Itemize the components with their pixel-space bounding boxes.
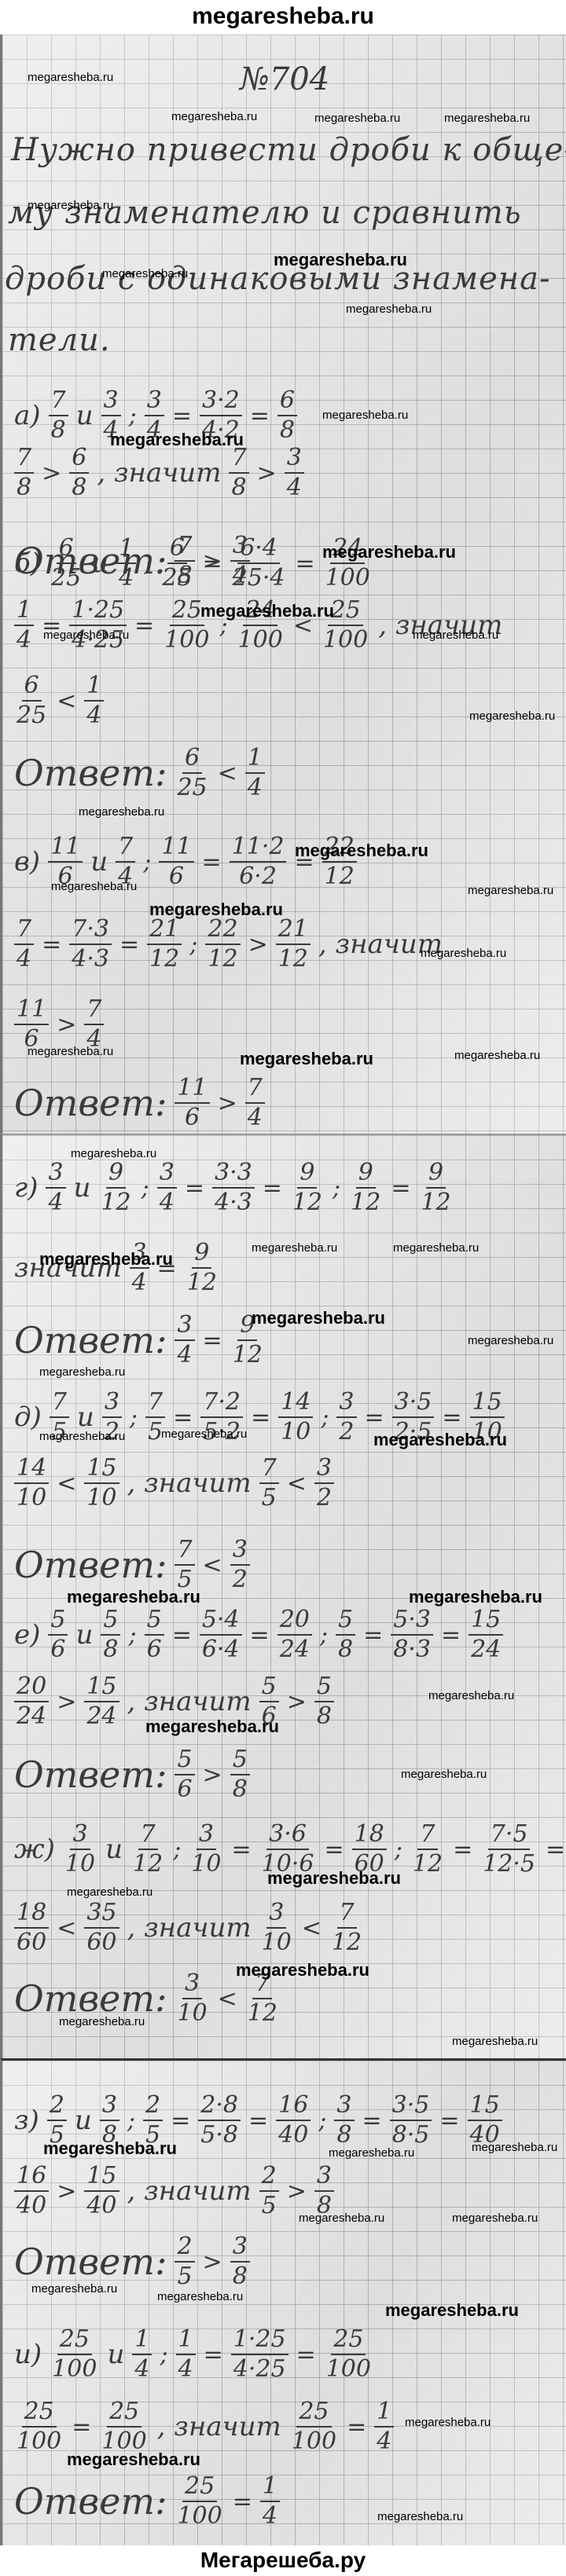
numerator: 11 (48, 835, 83, 863)
numerator: 25 (170, 599, 204, 626)
fraction: 14 (176, 2328, 196, 2381)
fraction: 625 (160, 537, 194, 590)
numerator: 25 (107, 2400, 141, 2428)
operator: = (250, 1621, 270, 1649)
solution-step: 1410<1510, значит75<32 (14, 1457, 334, 1510)
watermark-link[interactable]: megaresheba.ru (428, 1689, 514, 1702)
numerator: 3 (230, 1538, 250, 1566)
watermark-link[interactable]: megaresheba.ru (110, 430, 244, 450)
operator: < (57, 687, 76, 715)
watermark-link[interactable]: megaresheba.ru (469, 709, 555, 723)
numerator: 35 (84, 1901, 119, 1929)
fraction: 32 (314, 1457, 334, 1510)
numerator: 18 (352, 1823, 387, 1850)
denominator: 24 (84, 1702, 119, 1728)
fraction: 14 (260, 2475, 280, 2528)
fraction: 1640 (14, 2164, 49, 2218)
numerator: 14 (14, 1457, 49, 1484)
separator: ; (395, 1836, 402, 1863)
watermark-link[interactable]: megaresheba.ru (468, 884, 553, 897)
denominator: 4 (130, 1269, 149, 1295)
watermark-link[interactable]: megaresheba.ru (252, 1241, 337, 1255)
watermark-link[interactable]: megaresheba.ru (149, 900, 283, 920)
numerator: 7 (145, 1391, 165, 1418)
numerator: 5 (259, 1675, 279, 1702)
numerator: 1 (116, 537, 136, 564)
fraction: 116 (175, 1076, 209, 1130)
fraction: 25 (259, 2164, 279, 2218)
numerator: 3 (102, 1391, 122, 1418)
denominator: 4·3 (69, 945, 112, 971)
denominator: 4 (374, 2428, 394, 2453)
numerator: 1 (260, 2475, 280, 2502)
fraction: 32 (336, 1391, 356, 1444)
fraction: 625 (175, 746, 209, 800)
word-and: и (75, 2105, 92, 2136)
numerator: 1·25 (231, 2328, 289, 2355)
watermark-link[interactable]: megaresheba.ru (28, 1045, 113, 1058)
denominator: 5 (259, 2192, 279, 2218)
numerator: 9 (297, 1161, 317, 1189)
denominator: 8 (101, 1636, 120, 1662)
numerator: 6 (69, 446, 89, 474)
operator: = (363, 1621, 383, 1649)
fraction: 68 (69, 446, 89, 500)
answer-label: Ответ: (14, 1753, 167, 1796)
watermark-link[interactable]: megaresheba.ru (377, 2510, 463, 2523)
part-label: и) (14, 2339, 42, 2370)
denominator: 25 (14, 702, 49, 727)
solution-step: 1640>1540, значит25>38 (14, 2164, 334, 2218)
operator: = (347, 2413, 366, 2441)
fraction: 1·254·25 (69, 599, 127, 652)
fraction: 310 (189, 1823, 223, 1876)
watermark-link[interactable]: megaresheba.ru (252, 1308, 385, 1328)
fraction: 1·254·25 (231, 2328, 289, 2381)
watermark-link[interactable]: megaresheba.ru (444, 112, 530, 125)
denominator: 24 (469, 1636, 503, 1662)
fraction: 75 (259, 1457, 279, 1510)
fraction: 14 (84, 674, 104, 727)
numerator: 7·3 (69, 918, 112, 945)
fraction: 34 (175, 1314, 194, 1367)
denominator: 2 (314, 1484, 334, 1510)
denominator: 4 (84, 702, 104, 727)
watermark-link[interactable]: megaresheba.ru (171, 110, 257, 123)
word-and: и (77, 1402, 94, 1433)
intro-line: Нужно привести дроби к обще- (11, 132, 566, 168)
fraction: 310 (259, 1901, 294, 1955)
fraction: 32 (230, 1538, 250, 1592)
watermark-link[interactable]: megaresheba.ru (67, 1587, 200, 1607)
operator: = (185, 1174, 204, 1202)
answer-line: Ответ:34=912 (14, 1314, 265, 1367)
numerator: 3 (182, 1972, 202, 1999)
numerator: 9 (426, 1161, 446, 1189)
fraction: 1640 (276, 2094, 311, 2147)
denominator: 4·25 (231, 2355, 289, 2381)
fraction: 75 (175, 1538, 194, 1592)
fraction: 56 (48, 1608, 68, 1662)
denominator: 5·8 (198, 2121, 241, 2147)
operator: = (172, 402, 192, 430)
word-and: и (107, 2339, 124, 2370)
solution-step: 1860<3560, значит310<712 (14, 1901, 364, 1955)
numerator: 6 (277, 389, 297, 416)
fraction: 74 (84, 998, 104, 1051)
denominator: 2 (336, 1418, 356, 1444)
watermark-link[interactable]: megaresheba.ru (79, 805, 164, 819)
denominator: 4·3 (212, 1189, 255, 1215)
operator: = (365, 1404, 384, 1431)
part-label: е) (14, 1619, 40, 1651)
fraction: 3·34·3 (212, 1161, 255, 1215)
part-label: в) (14, 846, 40, 878)
watermark-link[interactable]: megaresheba.ru (267, 1868, 401, 1889)
denominator: 12 (245, 1999, 280, 2025)
denominator: 100 (321, 626, 370, 652)
watermark-link[interactable]: megaresheba.ru (401, 1768, 487, 1781)
denominator: 12 (290, 1189, 325, 1215)
numerator: 1 (84, 674, 104, 702)
numerator: 3·2 (200, 389, 242, 416)
denominator: 12 (130, 1850, 165, 1876)
denominator: 2 (230, 1566, 250, 1592)
answer-line: Ответ:56>58 (14, 1748, 250, 1801)
watermark-link[interactable]: megaresheba.ru (346, 302, 432, 316)
operator: = (172, 1621, 192, 1649)
site-footer[interactable]: Мегарешеба.ру (0, 2545, 566, 2576)
operator: = (203, 1327, 222, 1354)
separator: ; (143, 848, 151, 876)
operator: = (453, 1836, 472, 1863)
denominator: 12 (276, 945, 311, 971)
numerator: 6·4 (237, 537, 280, 564)
watermark-link[interactable]: megaresheba.ru (28, 71, 113, 84)
fraction: 78 (49, 389, 68, 442)
watermark-link[interactable]: megaresheba.ru (43, 628, 129, 642)
watermark-link[interactable]: megaresheba.ru (39, 1249, 173, 1270)
numerator: 25 (331, 2328, 366, 2355)
part-label: з) (14, 2105, 39, 2136)
numerator: 7 (50, 1391, 69, 1418)
numerator: 7 (14, 918, 34, 945)
denominator: 25 (49, 564, 83, 590)
watermark-link[interactable]: megaresheba.ru (161, 1427, 247, 1441)
denominator: 12 (329, 1929, 364, 1955)
watermark-link[interactable]: megaresheba.ru (322, 409, 408, 422)
watermark-link[interactable]: megaresheba.ru (472, 2141, 557, 2154)
watermark-link[interactable]: megaresheba.ru (31, 2282, 117, 2296)
watermark-link[interactable]: megaresheba.ru (385, 2300, 519, 2321)
fraction: 38 (334, 2094, 354, 2147)
watermark-link[interactable]: megaresheba.ru (421, 947, 506, 960)
fraction: 25100 (175, 2475, 224, 2528)
numerator: 3·3 (212, 1161, 255, 1189)
denominator: 6 (167, 863, 186, 889)
separator: ; (321, 1404, 329, 1431)
operator: > (248, 931, 268, 958)
numerator: 2 (143, 2094, 163, 2121)
word-and: и (91, 548, 108, 579)
part-label: д) (14, 1402, 42, 1433)
operator: = (324, 1836, 344, 1863)
numerator: 1 (245, 746, 265, 774)
numerator: 1·25 (69, 599, 127, 626)
word-therefore: , значит (157, 2411, 281, 2442)
fraction: 2024 (277, 1608, 312, 1662)
watermark-link[interactable]: megaresheba.ru (373, 1430, 507, 1450)
fraction: 3·58·5 (390, 2094, 432, 2147)
denominator: 25 (175, 774, 209, 800)
answer-label: Ответ: (14, 1082, 167, 1124)
watermark-link[interactable]: megaresheba.ru (51, 880, 137, 893)
operator: > (57, 1011, 76, 1039)
solution-step: 625<14 (14, 674, 104, 727)
numerator: 3 (334, 2094, 354, 2121)
operator: = (202, 848, 222, 876)
numerator: 15 (84, 2164, 119, 2192)
numerator: 7 (116, 835, 135, 863)
numerator: 7 (49, 389, 68, 416)
denominator: 4 (46, 1189, 65, 1215)
solution-step: г)34и912;34=3·34·3=912;912=912 (14, 1161, 454, 1215)
numerator: 7 (417, 1823, 437, 1850)
fraction: 912 (290, 1161, 325, 1215)
fraction: 712 (130, 1823, 165, 1876)
fraction: 3560 (84, 1901, 119, 1955)
fraction: 58 (230, 1748, 250, 1801)
numerator: 3 (285, 446, 304, 474)
watermark-link[interactable]: megaresheba.ru (454, 1049, 540, 1062)
numerator: 2 (259, 2164, 279, 2192)
numerator: 7·5 (488, 1823, 531, 1850)
numerator: 5·4 (200, 1608, 242, 1636)
numerator: 15 (84, 1457, 119, 1484)
word-and: и (90, 846, 108, 878)
watermark-link[interactable]: megaresheba.ru (393, 1241, 479, 1255)
site-header[interactable]: megaresheba.ru (0, 0, 566, 35)
operator: < (57, 1915, 76, 1942)
operator: > (42, 460, 61, 487)
word-and: и (74, 1172, 91, 1204)
watermark-link[interactable]: megaresheba.ru (329, 2146, 414, 2160)
part-label: б) (14, 548, 41, 579)
watermark-link[interactable]: megaresheba.ru (413, 628, 498, 642)
watermark-link[interactable]: megaresheba.ru (299, 2211, 384, 2225)
operator: = (42, 931, 61, 958)
denominator: 8 (69, 474, 89, 500)
numerator: 7·2 (200, 1391, 243, 1418)
operator: = (72, 2413, 91, 2441)
denominator: 12 (147, 945, 182, 971)
numerator: 3 (314, 2164, 334, 2192)
watermark-link[interactable]: megaresheba.ru (145, 1717, 279, 1737)
watermark-link[interactable]: megaresheba.ru (200, 601, 334, 621)
intro-line: тели. (8, 322, 111, 358)
numerator: 7 (229, 446, 248, 474)
fraction: 1860 (14, 1901, 49, 1955)
numerator: 18 (14, 1901, 49, 1929)
denominator: 12 (185, 1269, 219, 1295)
numerator: 3 (46, 1161, 65, 1189)
fraction: 14 (374, 2400, 394, 2453)
answer-label: Ответ: (14, 2241, 167, 2283)
denominator: 60 (84, 1929, 119, 1955)
fraction: 38 (230, 2235, 250, 2288)
numerator: 15 (469, 1608, 503, 1636)
denominator: 40 (276, 2121, 311, 2147)
watermark-link[interactable]: megaresheba.ru (314, 112, 400, 125)
watermark-link[interactable]: megaresheba.ru (157, 2290, 243, 2303)
watermark-link[interactable]: megaresheba.ru (59, 2015, 145, 2028)
numerator: 5 (48, 1608, 68, 1636)
watermark-link[interactable]: megaresheba.ru (409, 1587, 542, 1607)
watermark-link[interactable]: megaresheba.ru (28, 199, 113, 212)
numerator: 2·8 (198, 2094, 241, 2121)
denominator: 12 (98, 1189, 133, 1215)
numerator: 3 (197, 1823, 216, 1850)
fraction: 5·46·4 (200, 1608, 242, 1662)
watermark-link[interactable]: megaresheba.ru (405, 2416, 491, 2429)
watermark-link[interactable]: megaresheba.ru (67, 1885, 153, 1899)
numerator: 3·6 (266, 1823, 309, 1850)
denominator: 4 (285, 474, 304, 500)
numerator: 3 (230, 2235, 250, 2263)
denominator: 4 (116, 564, 136, 590)
numerator: 3 (101, 389, 121, 416)
denominator: 40 (84, 2192, 119, 2218)
denominator: 100 (236, 626, 285, 652)
answer-label: Ответ: (14, 752, 167, 794)
numerator: 1 (176, 2328, 196, 2355)
numerator: 3 (314, 1457, 334, 1484)
denominator: 6·4 (200, 1636, 242, 1662)
operator: = (296, 2341, 316, 2369)
numerator: 3 (70, 1823, 90, 1850)
operator: = (251, 1404, 270, 1431)
answer-label: Ответ: (14, 1977, 167, 2020)
operator: = (295, 550, 314, 577)
operator: = (134, 612, 154, 639)
operator: < (287, 1470, 307, 1497)
numerator: 7 (337, 1901, 357, 1929)
numerator: 2 (47, 2094, 67, 2121)
word-therefore: , значит (127, 1468, 252, 1499)
fraction: 25100 (99, 2400, 149, 2453)
watermark-link[interactable]: megaresheba.ru (274, 250, 407, 270)
answer-line: Ответ:25100=14 (14, 2475, 280, 2528)
numerator: 15 (468, 2094, 502, 2121)
denominator: 4 (260, 2502, 280, 2528)
denominator: 10 (175, 1999, 209, 2025)
fraction: 7·34·3 (69, 918, 112, 971)
fraction: 58 (101, 1608, 120, 1662)
fraction: 74 (14, 918, 34, 971)
numerator: 16 (14, 2164, 49, 2192)
operator: = (232, 1836, 252, 1863)
denominator: 5 (175, 2263, 194, 2288)
denominator: 8 (230, 1775, 250, 1801)
watermark-link[interactable]: megaresheba.ru (452, 2211, 538, 2225)
fraction: 56 (145, 1608, 164, 1662)
watermark-link[interactable]: megaresheba.ru (71, 1147, 156, 1160)
fraction: 7·512·5 (480, 1823, 538, 1876)
operator: = (204, 2341, 223, 2369)
numerator: 1 (132, 2328, 152, 2355)
operator: = (233, 2488, 252, 2516)
denominator: 8 (49, 416, 68, 442)
watermark-link[interactable]: megaresheba.ru (67, 2450, 200, 2470)
denominator: 4 (157, 1189, 177, 1215)
denominator: 10 (259, 1929, 294, 1955)
fraction: 310 (175, 1972, 209, 2025)
fraction: 58 (336, 1608, 355, 1662)
denominator: 24 (14, 1702, 49, 1728)
solution-step: б)625и14;625=6·425·4=24100 (14, 537, 373, 590)
numerator: 25 (296, 2400, 331, 2428)
answer-label: Ответ: (14, 1319, 167, 1361)
fraction: 68 (277, 389, 297, 442)
fraction: 712 (329, 1901, 364, 1955)
watermark-link[interactable]: megaresheba.ru (39, 1430, 125, 1443)
separator: ; (130, 1404, 138, 1431)
denominator: 12 (410, 1850, 445, 1876)
answer-line: Ответ:25>38 (14, 2235, 250, 2288)
numerator: 20 (14, 1675, 49, 1702)
watermark-link[interactable]: megaresheba.ru (452, 2035, 538, 2048)
fraction: 2112 (276, 918, 311, 971)
watermark-link[interactable]: megaresheba.ru (102, 267, 188, 280)
operator: < (218, 760, 237, 787)
denominator: 100 (162, 626, 211, 652)
denominator: 12 (418, 1189, 453, 1215)
denominator: 12 (348, 1189, 383, 1215)
watermark-link[interactable]: megaresheba.ru (322, 542, 456, 562)
watermark-link[interactable]: megaresheba.ru (39, 1365, 125, 1379)
numerator: 25 (57, 2328, 92, 2355)
denominator: 4 (132, 2355, 152, 2381)
fraction: 2·85·8 (198, 2094, 241, 2147)
numerator: 7 (14, 446, 34, 474)
solution-step: 25100=25100, значит25100=14 (14, 2400, 394, 2453)
separator: ; (333, 1174, 340, 1202)
numerator: 3 (266, 1901, 286, 1929)
word-therefore: , значит (127, 1686, 252, 1717)
denominator: 10 (63, 1850, 97, 1876)
watermark-link[interactable]: megaresheba.ru (468, 1334, 553, 1347)
fraction: 1540 (468, 2094, 502, 2147)
operator: > (203, 1761, 222, 1789)
operator: > (257, 460, 277, 487)
denominator: 4 (14, 626, 34, 652)
numerator: 7 (175, 1538, 194, 1566)
denominator: 8 (314, 1702, 334, 1728)
numerator: 2 (175, 2235, 194, 2263)
part-label: г) (14, 1172, 38, 1204)
denominator: 4 (176, 2355, 196, 2381)
watermark-link[interactable]: megaresheba.ru (295, 841, 428, 861)
denominator: 4 (175, 1341, 194, 1367)
word-and: и (76, 400, 94, 431)
denominator: 60 (14, 1929, 49, 1955)
operator: < (218, 1985, 237, 2013)
watermark-link[interactable]: megaresheba.ru (43, 2138, 177, 2159)
watermark-link[interactable]: megaresheba.ru (236, 1960, 369, 1981)
fraction: 25100 (324, 2328, 373, 2381)
operator: = (362, 2107, 382, 2134)
watermark-link[interactable]: megaresheba.ru (240, 1049, 373, 1069)
